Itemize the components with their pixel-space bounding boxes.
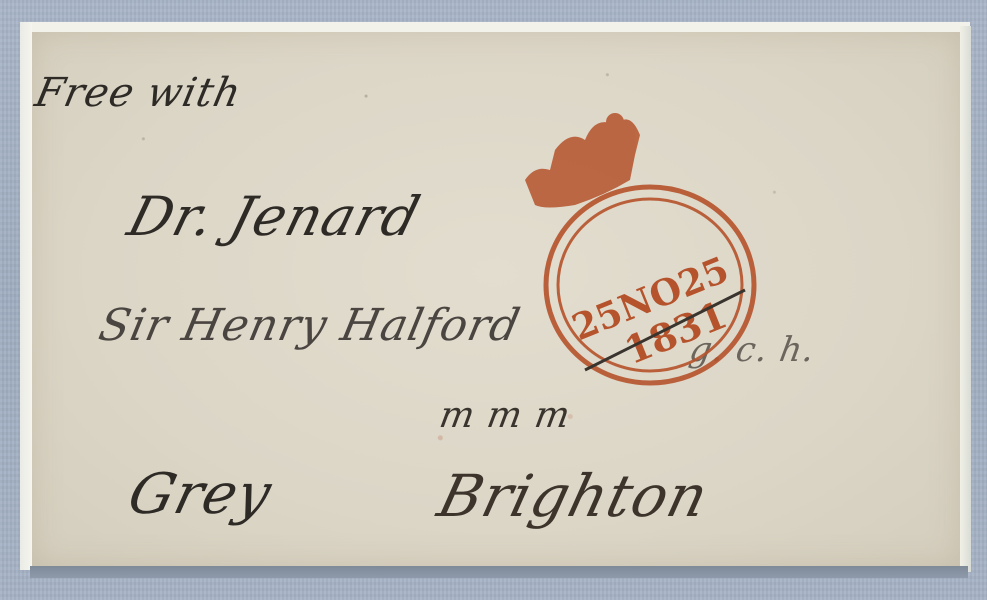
mat-bevel-left [20,22,32,570]
handwriting-line-3: Sir Henry Halford [95,300,525,351]
handwriting-line-2: Dr. Jenard [122,185,427,248]
handwriting-town: Brighton [432,462,716,530]
handwriting-signature: Grey [122,462,278,527]
crown-icon [525,113,640,208]
handwriting-line-4: m m m [436,395,574,436]
mat-bevel-right [960,26,971,572]
postmark: 25NO25 1831 [515,110,765,400]
mat-bevel-bottom [30,566,968,578]
handwriting-line-1: Free with [31,70,246,116]
mat-bevel-top [20,22,970,32]
